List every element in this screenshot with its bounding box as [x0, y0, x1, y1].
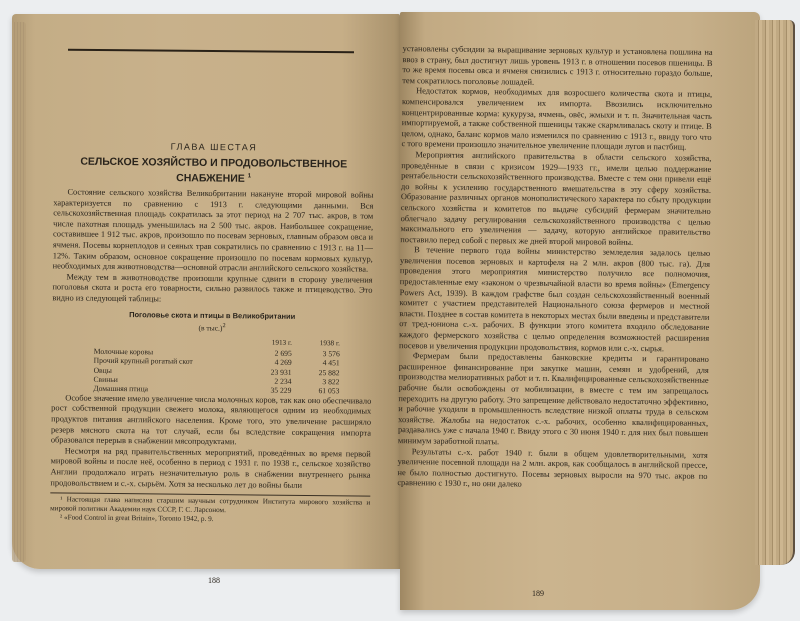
- paragraph: установлены субсидии за выращивание зерн…: [402, 44, 712, 90]
- table-subtitle: (в тыс.)2: [52, 320, 372, 336]
- paragraph: Несмотря на ряд правительственных меропр…: [50, 446, 370, 492]
- paragraph: В течение первого года войны министерств…: [399, 245, 710, 355]
- paragraph: Особое значение имело увеличение числа м…: [51, 393, 372, 449]
- paragraph: Между тем в животноводстве произошли кру…: [52, 272, 372, 307]
- left-page-text: ГЛАВА ШЕСТАЯ СЕЛЬСКОЕ ХОЗЯЙСТВО И ПРОДОВ…: [50, 140, 374, 525]
- column-header: 1913 г.: [248, 339, 296, 349]
- paragraph: Состояние сельского хозяйства Великобрит…: [53, 187, 374, 275]
- page-number-left: 188: [208, 576, 220, 585]
- chapter-label: ГЛАВА ШЕСТАЯ: [54, 140, 374, 154]
- footnotes: ¹ Настоящая глава написана старшим научн…: [50, 492, 370, 525]
- page-number-right: 189: [532, 589, 544, 598]
- right-page-text: установлены субсидии за выращивание зерн…: [397, 44, 712, 493]
- page-edges: [755, 20, 795, 565]
- livestock-table: 1913 г. 1938 г. Молочные коровы 2 695 3 …: [89, 337, 344, 396]
- paragraph: Мероприятия английского правительства в …: [400, 150, 711, 249]
- paragraph: Фермерам были предоставлены банковские к…: [398, 351, 709, 450]
- chapter-title: СЕЛЬСКОЕ ХОЗЯЙСТВО И ПРОДОВОЛЬСТВЕННОЕ С…: [54, 155, 374, 187]
- paragraph: Недостаток кормов, необходимых для возро…: [401, 86, 712, 153]
- column-header: 1938 г.: [296, 339, 344, 349]
- paragraph: Результаты с.-х. работ 1940 г. были в об…: [397, 447, 707, 493]
